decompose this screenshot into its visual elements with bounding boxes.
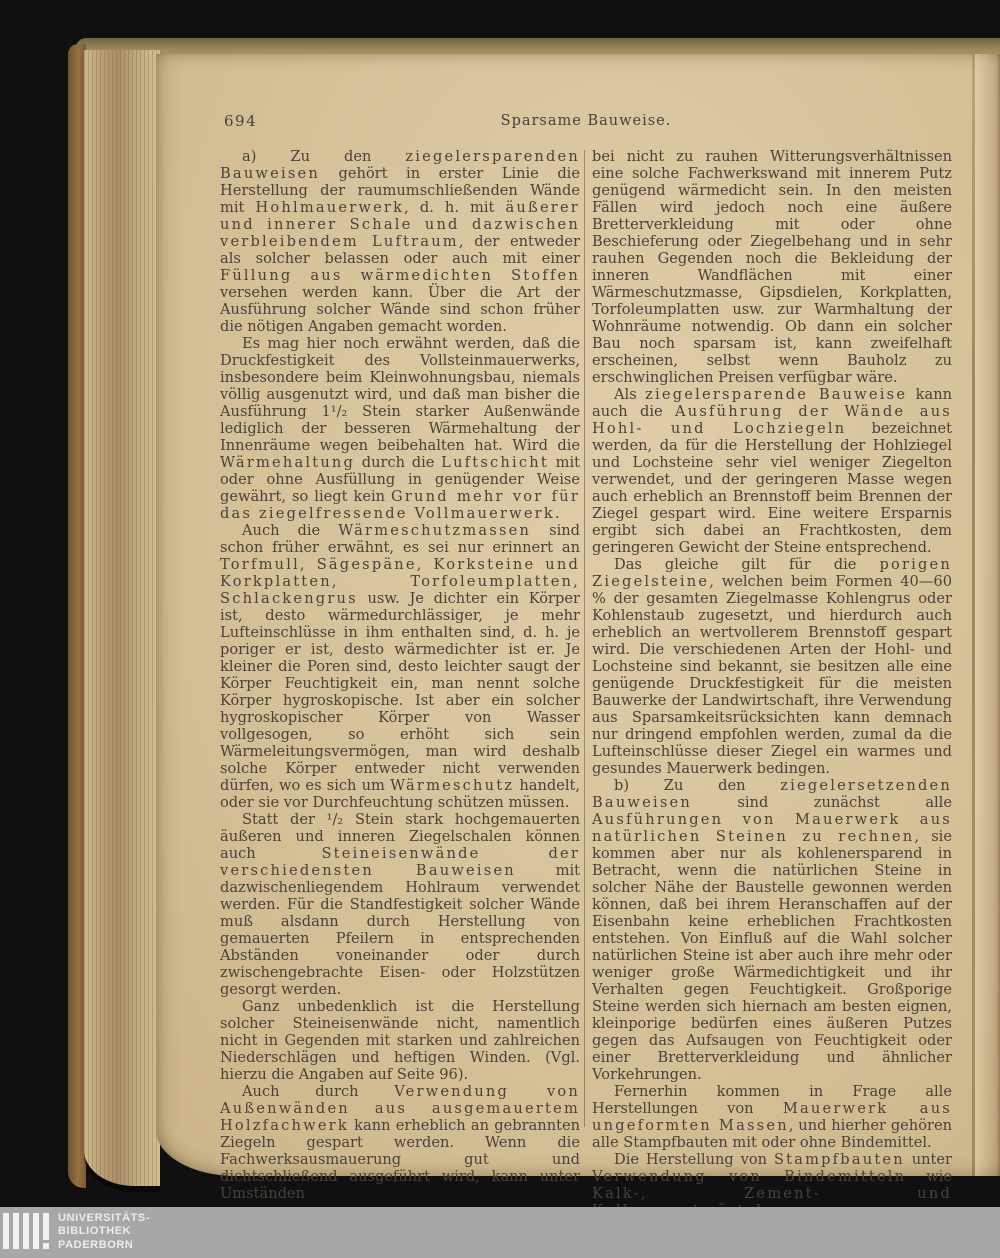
page-number: 694 (224, 112, 257, 130)
emphasized-text: Luftschicht (441, 454, 549, 471)
book-page: 694 Sparsame Bauweise. a) Zu den ziegele… (156, 54, 1000, 1176)
logo-bar (33, 1213, 39, 1249)
logo-bar-exclamation (43, 1213, 49, 1249)
body-text: Das gleiche gilt für die (614, 556, 879, 573)
paragraph: Auch die Wärmeschutzmassen sind schon fr… (220, 522, 580, 811)
body-text: mit dazwischenliegendem Hohlraum verwend… (220, 862, 580, 998)
logo-bar (43, 1213, 49, 1240)
body-text: Die Herstellung von (614, 1151, 774, 1168)
running-title: Sparsame Bauweise. (406, 113, 766, 129)
library-name-line: PADERBORN (58, 1239, 150, 1252)
body-text: Ganz unbedenklich ist die Herstellung so… (220, 998, 580, 1083)
logo-dot (43, 1243, 49, 1249)
emphasized-text: Stampfbauten (774, 1151, 905, 1168)
body-text: wie (906, 1168, 952, 1185)
body-text: , sie kommen aber nur als kohlenersparen… (592, 828, 952, 1083)
paragraph: Das gleiche gilt für die porigen Ziegels… (592, 556, 952, 777)
body-text: bezeichnet werden, da für die Herstellun… (592, 420, 952, 556)
body-text: Auch durch (242, 1083, 394, 1100)
emphasized-text: Füllung aus wärmedichten Stoffen (220, 267, 580, 284)
paragraph: bei nicht zu rauhen Witterungsverhältnis… (592, 148, 952, 386)
paragraph: Als ziegelersparende Bauweise kann auch … (592, 386, 952, 556)
book-photo-stage: 694 Sparsame Bauweise. a) Zu den ziegele… (0, 0, 1000, 1258)
logo-bar (23, 1213, 29, 1249)
body-text: durch die (355, 454, 441, 471)
body-text: b) Zu den (614, 777, 780, 794)
logo-bar (13, 1213, 19, 1249)
emphasized-text: Wärmehaltung (220, 454, 355, 471)
library-name-line: BIBLIOTHEK (58, 1225, 150, 1238)
body-text: unter (905, 1151, 952, 1168)
page-content: 694 Sparsame Bauweise. a) Zu den ziegele… (156, 54, 1000, 1176)
text-column-right: bei nicht zu rauhen Witterungsverhältnis… (592, 148, 952, 1219)
paragraph: b) Zu den ziegelersetzenden Bauweisen si… (592, 777, 952, 1083)
body-text: versehen werden kann. Über die Art der A… (220, 284, 580, 335)
emphasized-text: Verwendung von Bindemitteln (592, 1168, 906, 1185)
logo-bar (3, 1213, 9, 1249)
paragraph: Statt der ¹/₂ Stein stark hochgemauerten… (220, 811, 580, 998)
page-stack-edge (84, 50, 160, 1186)
column-divider-rule (584, 150, 585, 1127)
library-name-line: UNIVERSITÄTS- (58, 1212, 150, 1225)
body-text: Als (614, 386, 645, 403)
body-text: Auch die (242, 522, 338, 539)
paragraph: Fernerhin kommen in Frage alle Herstellu… (592, 1083, 952, 1151)
body-text: usw. Je dichter ein Körper ist, desto wä… (220, 590, 580, 794)
body-text: Es mag hier noch erwähnt werden, daß die… (220, 335, 580, 454)
library-watermark-bar: UNIVERSITÄTS- BIBLIOTHEK PADERBORN (0, 1207, 1000, 1258)
emphasized-text: Hohlmauerwerk (255, 199, 404, 216)
body-text: bei nicht zu rauhen Witterungsverhältnis… (592, 148, 952, 386)
body-text: sind zunächst alle (692, 794, 952, 811)
paragraph: Es mag hier noch erwähnt werden, daß die… (220, 335, 580, 522)
text-column-left: a) Zu den ziegelersparenden Bauweisen ge… (220, 148, 580, 1202)
body-text: , welchen beim Formen 40—60 % der gesamt… (592, 573, 952, 777)
body-text: . (555, 505, 560, 522)
paragraph: Auch durch Verwendung von Außenwänden au… (220, 1083, 580, 1202)
paragraph: Ganz unbedenklich ist die Herstellung so… (220, 998, 580, 1083)
emphasized-text: Wärmeschutz (390, 777, 514, 794)
emphasized-text: Wärmeschutzmassen (338, 522, 531, 539)
library-name: UNIVERSITÄTS- BIBLIOTHEK PADERBORN (58, 1212, 150, 1252)
paragraph: a) Zu den ziegelersparenden Bauweisen ge… (220, 148, 580, 335)
emphasized-text: Ausführungen von Mauerwerk aus natürlich… (592, 811, 952, 845)
emphasized-text: ziegelersparende Bauweise (645, 386, 907, 403)
body-text: a) Zu den (242, 148, 405, 165)
library-logo-icon (3, 1213, 49, 1249)
body-text: , d. h. mit (404, 199, 505, 216)
